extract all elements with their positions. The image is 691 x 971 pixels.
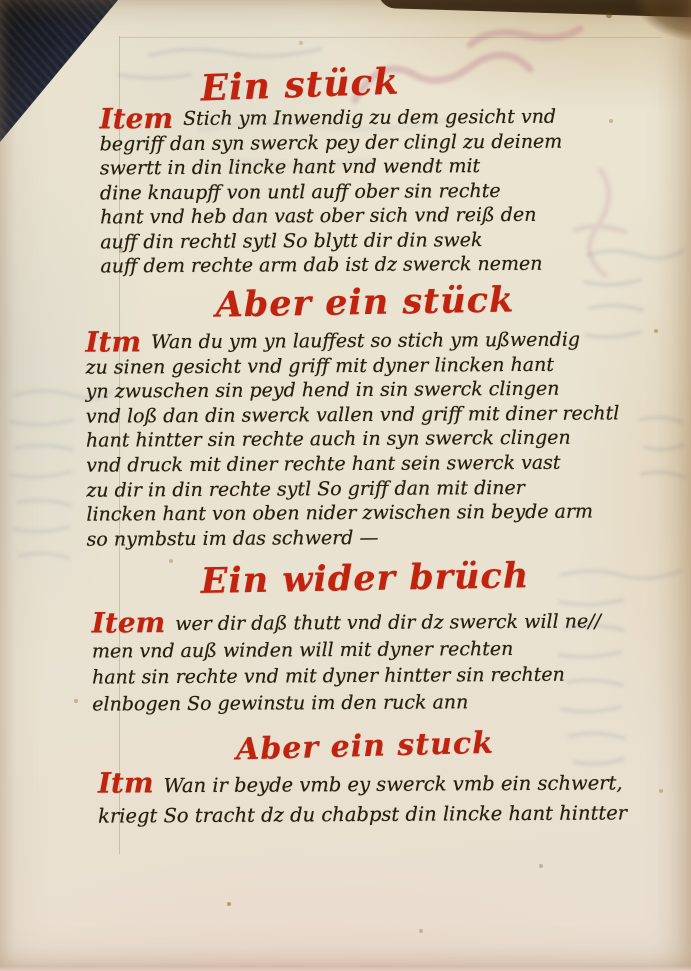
manuscript-line: dine knaupff von untl auff ober sin rech… <box>100 178 563 205</box>
manuscript-line: Item wer dir daß thutt vnd dir dz swerck… <box>92 608 601 638</box>
manuscript-line: so nymbstu im das schwerd — <box>87 524 621 552</box>
manuscript-line: Itm Wan du ym yn lauffest so stich ym uß… <box>85 327 619 355</box>
paragraph-1: Item Stich ym Inwendig zu dem gesicht vn… <box>99 105 563 279</box>
manuscript-line: lincken hant von oben nider zwischen sin… <box>86 500 620 528</box>
manuscript-page: Ein stück Item Stich ym Inwendig zu dem … <box>0 0 691 971</box>
paragraph-4: Itm Wan ir beyde vmb ey swerck vmb ein s… <box>98 768 627 831</box>
line-text: wer dir daß thutt vnd dir dz swerck will… <box>175 608 601 637</box>
manuscript-line: hant vnd heb dan vast ober sich vnd reiß… <box>100 203 563 230</box>
manuscript-line: hant sin rechte vnd mit dyner hintter si… <box>92 661 601 691</box>
manuscript-line: swertt in din lincke hant vnd wendt mit <box>100 154 563 181</box>
manuscript-line: men vnd auß winden will mit dyner rechte… <box>92 635 601 665</box>
rubricated-initial: Item <box>92 611 166 635</box>
manuscript-line: yn zwuschen sin peyd hend in sin swerck … <box>86 377 620 405</box>
line-text: Wan du ym yn lauffest so stich ym ußwend… <box>151 328 580 355</box>
manuscript-line: vnd loß dan din swerck vallen vnd griff … <box>86 401 620 429</box>
paragraph-3: Item wer dir daß thutt vnd dir dz swerck… <box>92 608 602 717</box>
manuscript-line: elnbogen So gewinstu im den ruck ann <box>92 688 601 718</box>
manuscript-line: auff dem rechte arm dab ist dz swerck ne… <box>100 252 563 279</box>
paragraph-2: Itm Wan du ym yn lauffest so stich ym uß… <box>85 327 620 552</box>
manuscript-line: hant hintter sin rechte auch in syn swer… <box>86 426 620 454</box>
line-text: Stich ym Inwendig zu dem gesicht vnd <box>183 105 556 132</box>
manuscript-line: zu dir in din rechte sytl So griff dan m… <box>86 475 620 503</box>
rubricated-initial: Itm <box>85 330 141 354</box>
next-page-edge <box>0 966 691 971</box>
line-text: Wan ir beyde vmb ey swerck vmb ein schwe… <box>163 768 622 801</box>
manuscript-line: begriff dan syn swerck pey der clingl zu… <box>100 129 563 156</box>
rubricated-initial: Item <box>99 107 173 131</box>
manuscript-line: zu sinen gesicht vnd griff mit dyner lin… <box>85 352 619 380</box>
manuscript-line: vnd druck mit diner rechte hant sein swe… <box>86 450 620 478</box>
rubricated-initial: Itm <box>98 771 154 795</box>
manuscript-line: Itm Wan ir beyde vmb ey swerck vmb ein s… <box>98 768 627 801</box>
manuscript-line: auff din rechtl sytl So blytt dir din sw… <box>100 227 563 254</box>
manuscript-line: kriegt So tracht dz du chabpst din linck… <box>98 798 627 831</box>
manuscript-line: Item Stich ym Inwendig zu dem gesicht vn… <box>99 105 562 132</box>
